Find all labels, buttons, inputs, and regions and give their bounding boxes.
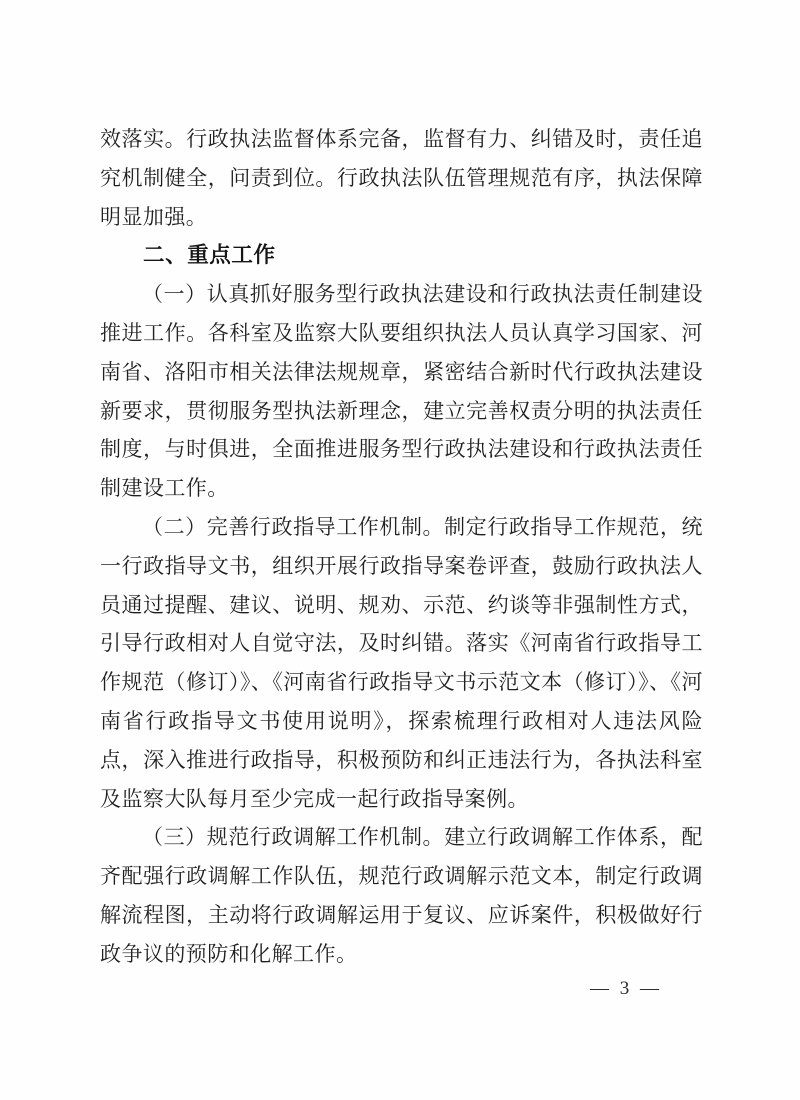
- page-number: — 3 —: [590, 978, 662, 1000]
- item-3-lead: （三）规范行政调解工作机制。: [142, 825, 444, 849]
- paragraph-item-2: （二）完善行政指导工作机制。制定行政指导工作规范，统一行政指导文书，组织开展行政…: [100, 508, 703, 818]
- paragraph-item-1: （一）认真抓好服务型行政执法建设和行政执法责任制建设推进工作。各科室及监察大队要…: [100, 275, 703, 508]
- item-2-lead: （二）完善行政指导工作机制。: [142, 515, 444, 539]
- section-heading: 二、重点工作: [100, 236, 703, 275]
- document-page: 效落实。行政执法监督体系完备，监督有力、纠错及时，责任追究机制健全，问责到位。行…: [0, 0, 800, 1100]
- document-body: 效落实。行政执法监督体系完备，监督有力、纠错及时，责任追究机制健全，问责到位。行…: [100, 120, 703, 974]
- paragraph-continuation: 效落实。行政执法监督体系完备，监督有力、纠错及时，责任追究机制健全，问责到位。行…: [100, 120, 703, 236]
- item-1-body: 各科室及监察大队要组织执法人员认真学习国家、河南省、洛阳市相关法律法规规章，紧密…: [100, 321, 703, 500]
- paragraph-item-3: （三）规范行政调解工作机制。建立行政调解工作体系，配齐配强行政调解工作队伍，规范…: [100, 818, 703, 973]
- item-2-body: 制定行政指导工作规范，统一行政指导文书，组织开展行政指导案卷评查，鼓励行政执法人…: [100, 515, 703, 811]
